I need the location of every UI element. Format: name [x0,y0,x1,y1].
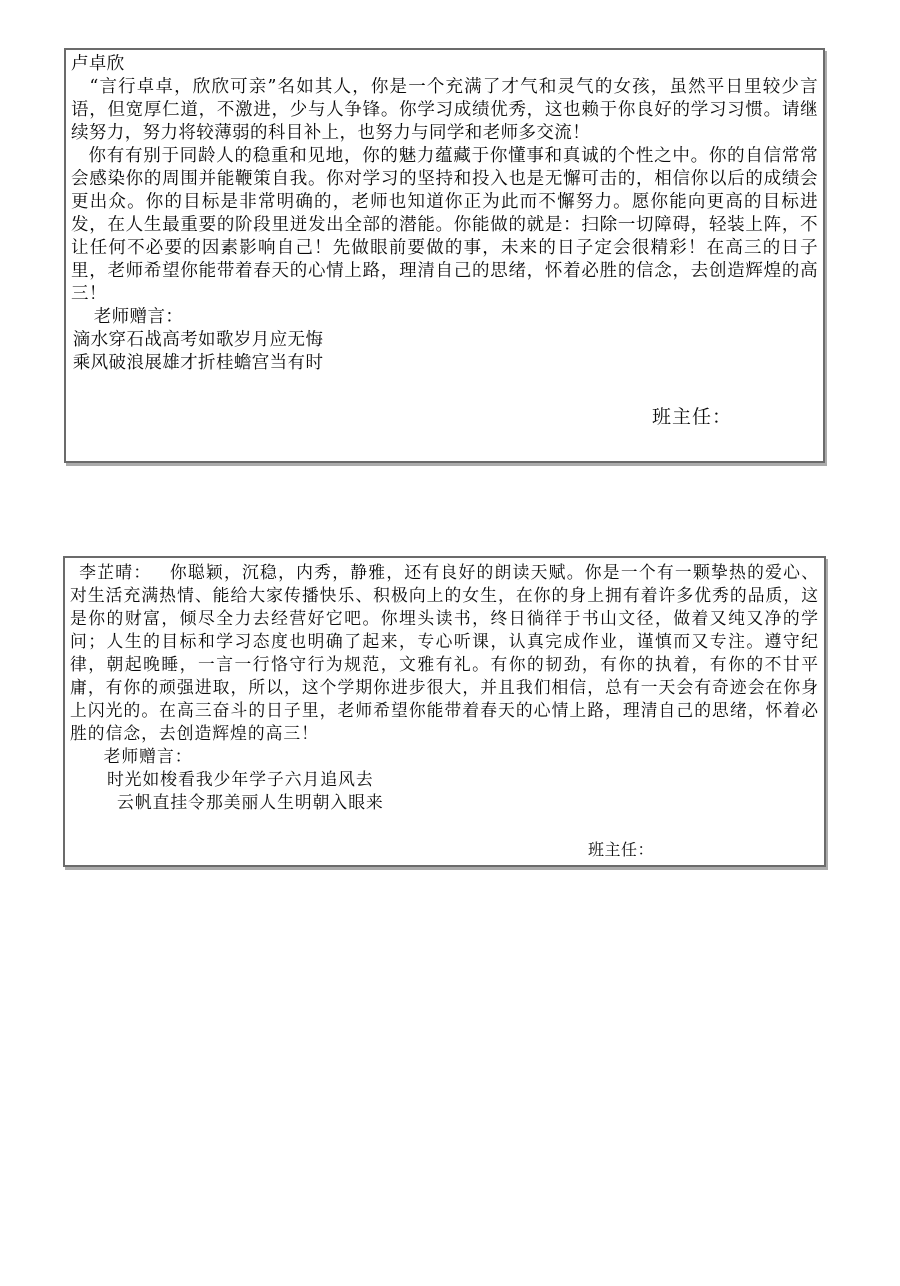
comment-body-text: 你聪颖，沉稳，内秀，静雅，还有良好的朗读天赋。你是一个有一颗挚热的爱心、对生活充… [70,562,819,743]
head-teacher-signature: 班主任： [652,406,732,429]
gift-verse-line: 滴水穿石战高考如歌岁月应无悔 [71,329,818,352]
gift-verse-line: 时光如梭看我少年学子六月追风去 [70,768,819,791]
student-name: 李芷晴： [79,562,151,582]
teacher-comment-card-1: 卢卓欣 “言行卓卓，欣欣可亲”名如其人，你是一个充满了才气和灵气的女孩，虽然平日… [64,48,825,463]
head-teacher-signature: 班主任： [588,838,654,861]
comment-paragraph: “言行卓卓，欣欣可亲”名如其人，你是一个充满了才气和灵气的女孩，虽然平日里较少言… [71,76,818,145]
gift-verse-line: 乘风破浪展雄才折桂蟾宫当有时 [71,352,818,375]
comment-paragraph: 你有有别于同龄人的稳重和见地，你的魅力蕴藏于你懂事和真诚的个性之中。你的自信常常… [71,145,818,306]
teacher-comment-card-2: 李芷晴：你聪颖，沉稳，内秀，静雅，还有良好的朗读天赋。你是一个有一颗挚热的爱心、… [63,556,826,867]
comment-paragraph: 李芷晴：你聪颖，沉稳，内秀，静雅，还有良好的朗读天赋。你是一个有一颗挚热的爱心、… [70,561,819,745]
student-name: 卢卓欣 [71,53,818,76]
teacher-gift-label: 老师赠言： [71,306,818,329]
gift-verse-line: 云帆直挂令那美丽人生明朝入眼来 [70,791,819,814]
teacher-gift-label: 老师赠言： [70,745,819,768]
document-page: 卢卓欣 “言行卓卓，欣欣可亲”名如其人，你是一个充满了才气和灵气的女孩，虽然平日… [0,0,900,1286]
